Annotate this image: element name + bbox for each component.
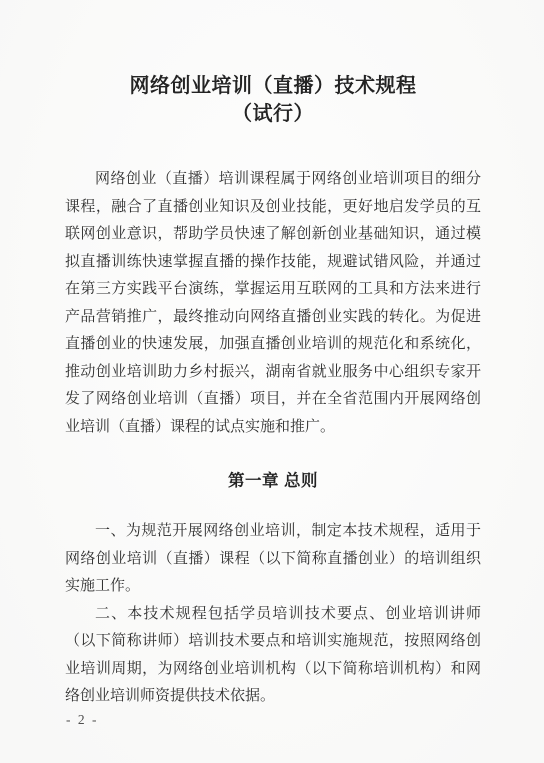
clause-paragraph-2: 二、本技术规程包括学员培训技术要点、创业培训讲师（以下简称讲师）培训技术要点和培… (65, 601, 481, 711)
page-number: - 2 - (66, 711, 99, 729)
document-page: 网络创业培训（直播）技术规程 （试行） 网络创业（直播）培训课程属于网络创业培训… (0, 0, 544, 763)
intro-paragraph: 网络创业（直播）培训课程属于网络创业培训项目的细分课程，融合了直播创业知识及创业… (65, 166, 481, 441)
document-title: 网络创业培训（直播）技术规程 (65, 72, 481, 100)
chapter-heading: 第一章 总则 (65, 468, 481, 495)
document-subtitle: （试行） (65, 100, 481, 128)
clause-paragraph-1: 一、为规范开展网络创业培训，制定本技术规程，适用于网络创业培训（直播）课程（以下… (65, 518, 481, 601)
